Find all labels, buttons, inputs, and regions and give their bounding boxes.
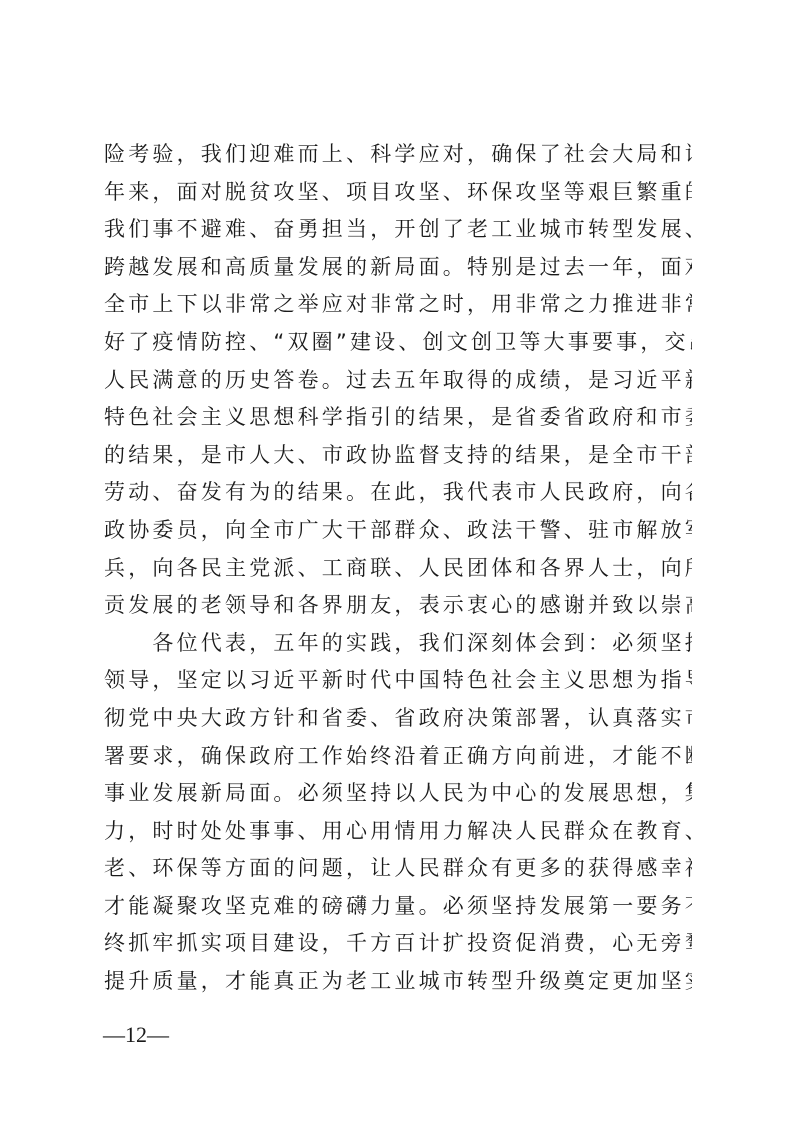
text-line: 年来，面对脱贫攻坚、项目攻坚、环保攻坚等艰巨繁重的发展任务， bbox=[104, 174, 692, 212]
text-line: 各位代表，五年的实践，我们深刻体会到：必须坚持党的全面 bbox=[104, 625, 692, 663]
text-line: 险考验，我们迎难而上、科学应对，确保了社会大局和谐稳定。五 bbox=[104, 136, 692, 174]
page-number: —12— bbox=[103, 1022, 169, 1048]
text-line: 兵，向各民主党派、工商联、人民团体和各界人士，向所有关心支持自 bbox=[104, 550, 692, 588]
text-line: 全市上下以非常之举应对非常之时，用非常之力推进非常之事，抓 bbox=[104, 286, 692, 324]
text-line: 我们事不避难、奋勇担当，开创了老工业城市转型发展、创新发展、 bbox=[104, 211, 692, 249]
text-line: 政协委员，向全市广大干部群众、政法干警、驻市解放军和武警官 bbox=[104, 512, 692, 550]
text-line: 贡发展的老领导和各界朋友，表示衷心的感谢并致以崇高的敬意！ bbox=[104, 587, 692, 625]
text-line: 领导，坚定以习近平新时代中国特色社会主义思想为指导，坚决贯 bbox=[104, 662, 692, 700]
text-line: 老、环保等方面的问题，让人民群众有更多的获得感幸福感安全感， bbox=[104, 850, 692, 888]
text-line: 劳动、奋发有为的结果。在此，我代表市人民政府，向各位代表、 bbox=[104, 474, 692, 512]
text-line: 才能凝聚攻坚克难的磅礴力量。必须坚持发展第一要务不放松，始 bbox=[104, 888, 692, 926]
text-line: 署要求，确保政府工作始终沿着正确方向前进，才能不断开创各项 bbox=[104, 738, 692, 776]
text-line: 好了疫情防控、“双圈”建设、创文创卫等大事要事，交出了一份 bbox=[104, 324, 692, 362]
text-line: 的结果，是市人大、市政协监督支持的结果，是全市干部群众辛勤 bbox=[104, 437, 692, 475]
text-line: 彻党中央大政方针和省委、省政府决策部署，认真落实市委各项部 bbox=[104, 700, 692, 738]
text-line: 跨越发展和高质量发展的新局面。特别是过去一年，面对大战大考， bbox=[104, 249, 692, 287]
text-line: 终抓牢抓实项目建设，千方百计扩投资促消费，心无旁骛做大总量、 bbox=[104, 925, 692, 963]
text-line: 特色社会主义思想科学指引的结果，是省委省政府和市委坚强领导 bbox=[104, 399, 692, 437]
text-line: 提升质量，才能真正为老工业城市转型升级奠定更加坚实的根基。 bbox=[104, 963, 692, 1001]
text-line: 事业发展新局面。必须坚持以人民为中心的发展思想，集中有限财 bbox=[104, 775, 692, 813]
text-line: 人民满意的历史答卷。过去五年取得的成绩，是习近平新时代中国 bbox=[104, 362, 692, 400]
document-page: 险考验，我们迎难而上、科学应对，确保了社会大局和谐稳定。五 年来，面对脱贫攻坚、… bbox=[0, 0, 793, 1122]
body-text: 险考验，我们迎难而上、科学应对，确保了社会大局和谐稳定。五 年来，面对脱贫攻坚、… bbox=[104, 136, 692, 1001]
text-line: 力，时时处处事事、用心用情用力解决人民群众在教育、医疗、养 bbox=[104, 813, 692, 851]
